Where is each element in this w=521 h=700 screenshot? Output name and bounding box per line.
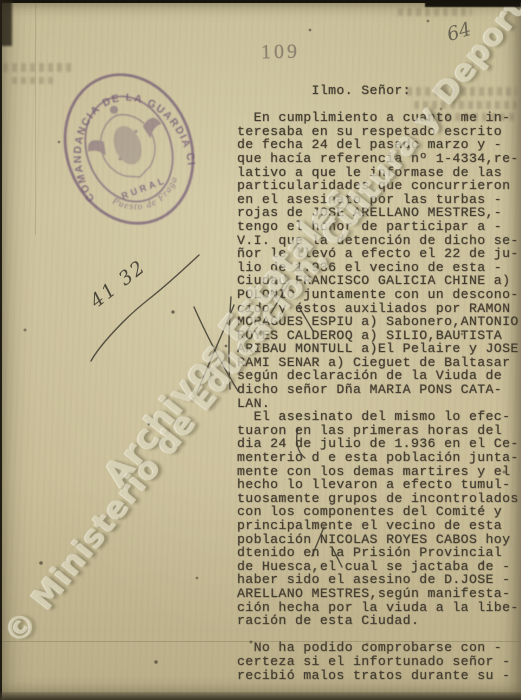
scanned-document-page: 109 64 41 32 Ilmo. Señor: En cumplimient… bbox=[0, 0, 521, 700]
guardia-civil-stamp: 10ª COMANDANCIA DE LA GUARDIA CIVIL Pues… bbox=[24, 40, 233, 257]
typewritten-letter-text: Ilmo. Señor: En cumplimiento a cuanto me… bbox=[237, 84, 519, 682]
folio-number: 109 bbox=[261, 41, 300, 65]
handwritten-margin-number: 41 32 bbox=[86, 256, 150, 313]
bleed-through-text bbox=[398, 8, 472, 16]
vertical-pen-stroke bbox=[229, 297, 231, 389]
scan-edge-left bbox=[0, 0, 2, 700]
x-mark-stroke bbox=[197, 305, 234, 393]
handwritten-corner-number: 64 bbox=[444, 18, 473, 46]
x-mark-stroke bbox=[194, 307, 238, 391]
bleed-through-text bbox=[3, 63, 75, 72]
bleed-through-text bbox=[12, 77, 56, 84]
scan-edge-top-right bbox=[425, 0, 521, 7]
scan-edge-bottom bbox=[0, 692, 521, 700]
